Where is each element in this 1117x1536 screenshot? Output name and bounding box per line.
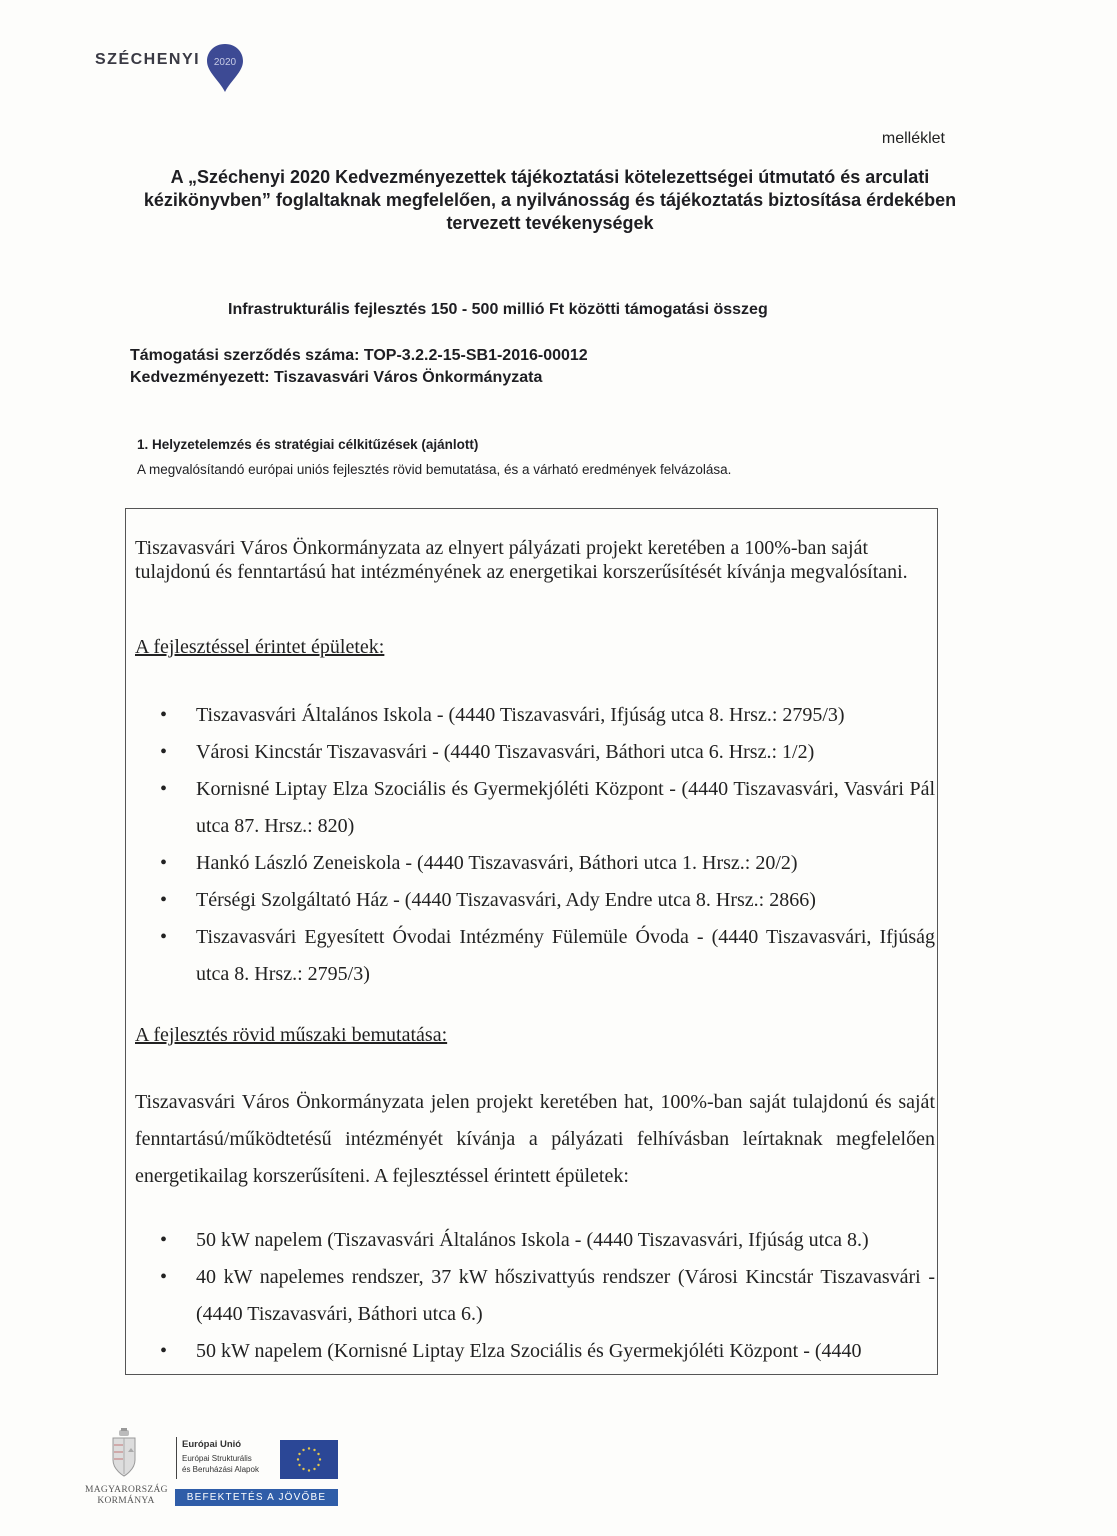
eu-flag-icon — [280, 1440, 338, 1479]
eu-funds-label: Európai Strukturális és Beruházási Alapo… — [182, 1453, 259, 1475]
buildings-heading: A fejlesztéssel érintet épületek: — [135, 636, 384, 659]
eu-line-3: és Beruházási Alapok — [182, 1464, 259, 1475]
intro-paragraph: Tiszavasvári Város Önkormányzata az elny… — [135, 536, 925, 584]
eu-title: Európai Unió — [182, 1439, 241, 1450]
contract-number: Támogatási szerződés száma: TOP-3.2.2-15… — [130, 345, 588, 367]
list-item: 50 kW napelem (Tiszavasvári Általános Is… — [138, 1222, 935, 1259]
section-heading: 1. Helyzetelemzés és stratégiai célkitűz… — [137, 437, 478, 452]
list-item: Tiszavasvári Általános Iskola - (4440 Ti… — [138, 697, 935, 734]
technical-heading: A fejlesztés rövid műszaki bemutatása: — [135, 1024, 447, 1047]
government-line-1: MAGYARORSZÁG — [85, 1485, 167, 1496]
list-item: Térségi Szolgáltató Ház - (4440 Tiszavas… — [138, 882, 935, 919]
annex-label: melléklet — [882, 130, 945, 148]
technical-list: 50 kW napelem (Tiszavasvári Általános Is… — [138, 1222, 935, 1370]
document-subtitle: Infrastrukturális fejlesztés 150 - 500 m… — [228, 301, 768, 319]
list-item: Városi Kincstár Tiszavasvári - (4440 Tis… — [138, 734, 935, 771]
government-label: MAGYARORSZÁG KORMÁNYA — [85, 1485, 167, 1507]
list-item: Kornisné Liptay Elza Szociális és Gyerme… — [138, 771, 935, 845]
contract-meta: Támogatási szerződés száma: TOP-3.2.2-15… — [130, 345, 588, 389]
document-title: A „Széchenyi 2020 Kedvezményezettek tájé… — [140, 166, 960, 235]
list-item: 50 kW napelem (Kornisné Liptay Elza Szoc… — [138, 1333, 935, 1370]
section-description: A megvalósítandó európai uniós fejleszté… — [137, 462, 731, 477]
list-item: Tiszavasvári Egyesített Óvodai Intézmény… — [138, 919, 935, 993]
list-item: Hankó László Zeneiskola - (4440 Tiszavas… — [138, 845, 935, 882]
technical-paragraph: Tiszavasvári Város Önkormányzata jelen p… — [135, 1084, 935, 1195]
slogan-bar: BEFEKTETÉS A JÖVŐBE — [175, 1489, 338, 1506]
logo-badge: 2020 — [214, 57, 237, 68]
footer-divider — [176, 1437, 177, 1479]
szechenyi-logo-text: SZÉCHENYI — [95, 51, 200, 69]
location-pin-icon: 2020 — [204, 42, 246, 94]
coat-of-arms-icon — [110, 1428, 138, 1478]
beneficiary: Kedvezményezett: Tiszavasvári Város Önko… — [130, 367, 588, 389]
buildings-list: Tiszavasvári Általános Iskola - (4440 Ti… — [138, 697, 935, 993]
list-item: 40 kW napelemes rendszer, 37 kW hőszivat… — [138, 1259, 935, 1333]
eu-line-2: Európai Strukturális — [182, 1453, 259, 1464]
government-line-2: KORMÁNYA — [85, 1496, 167, 1507]
